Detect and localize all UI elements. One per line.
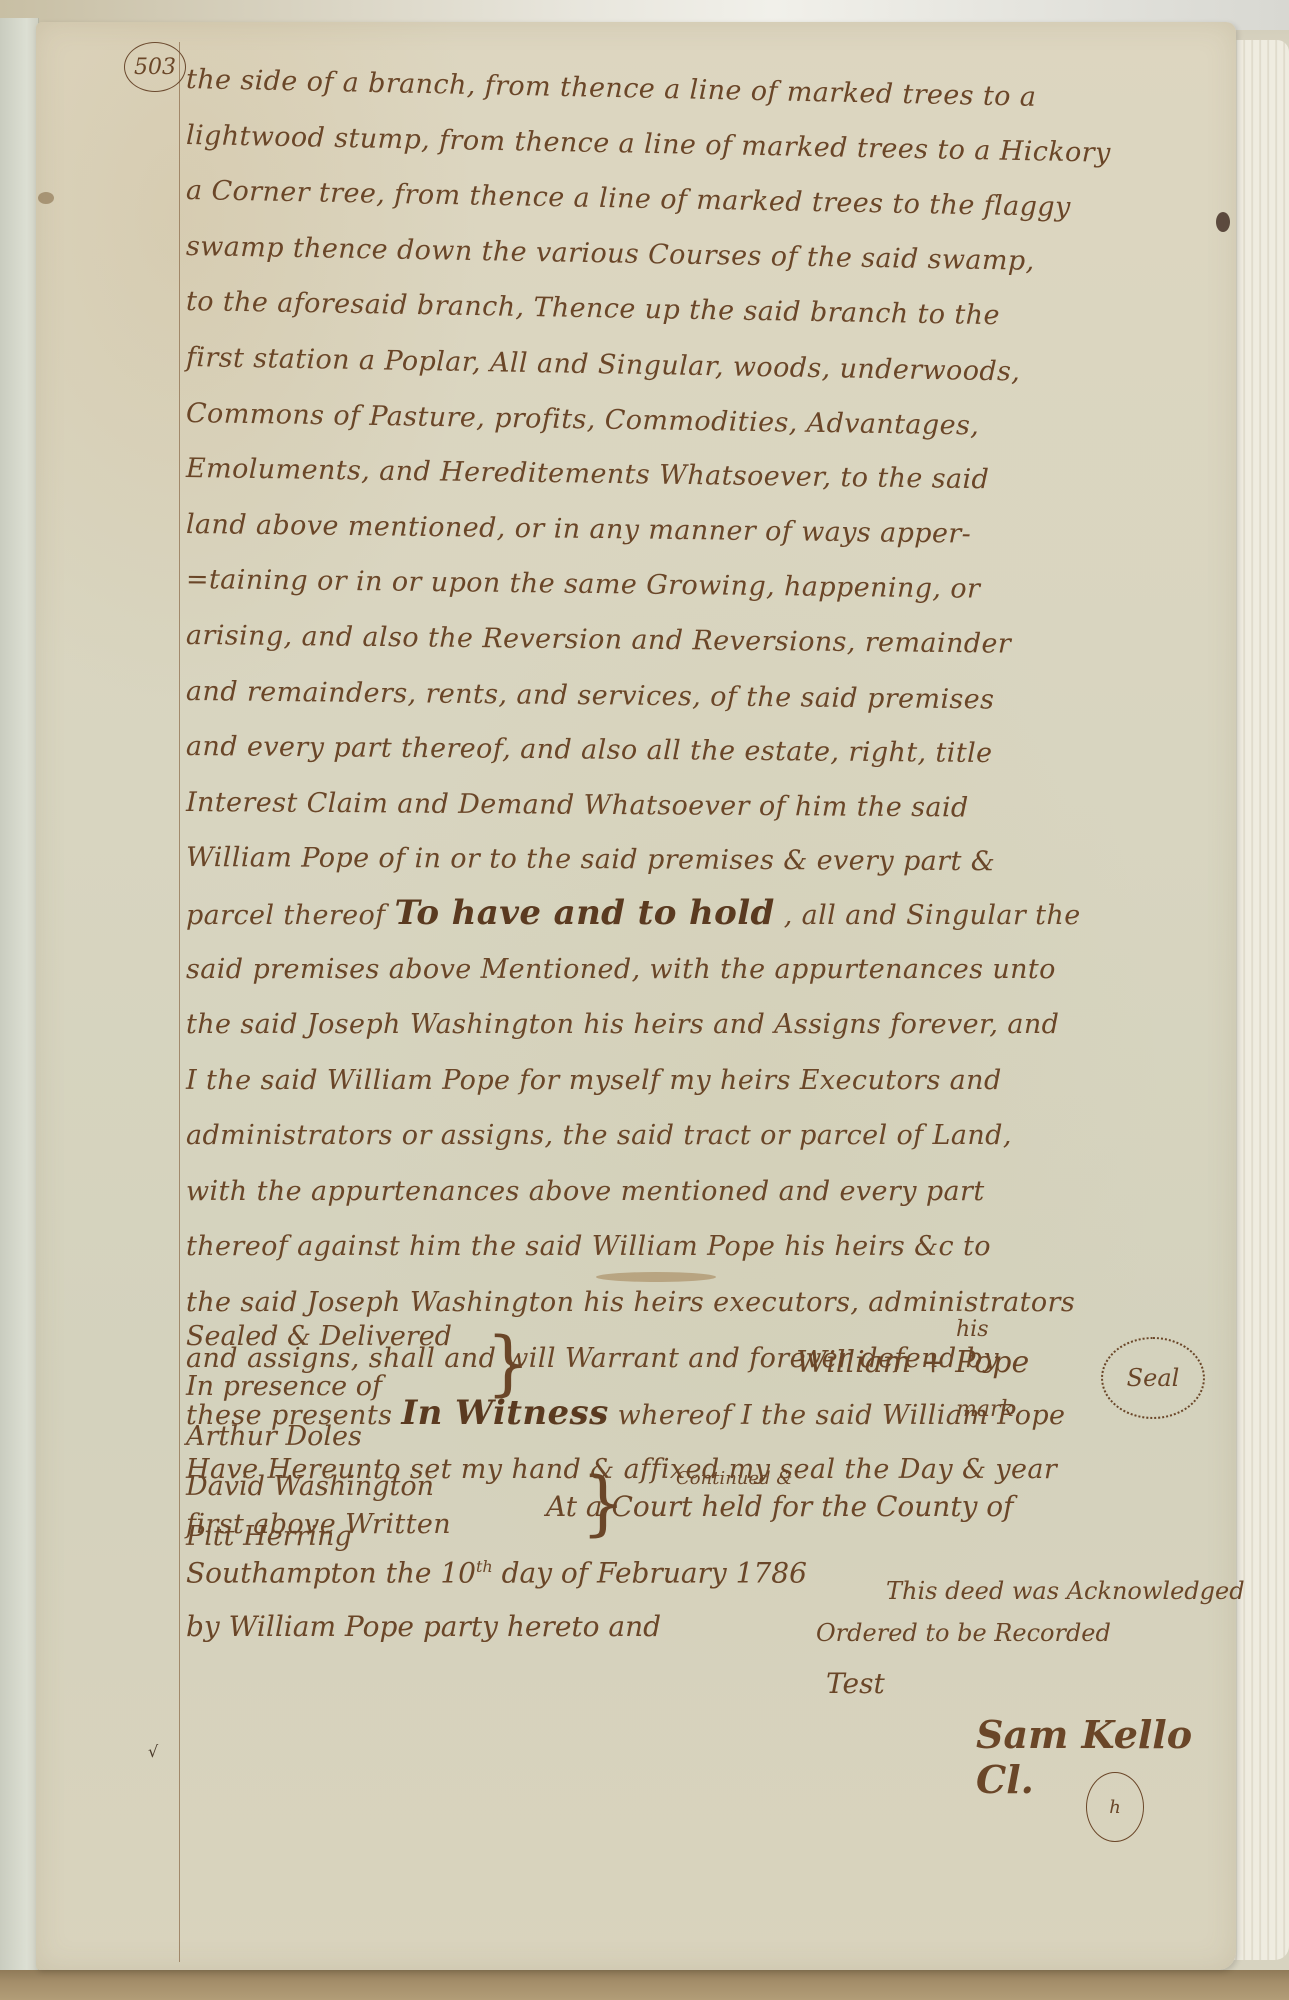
in-presence-label: In presence of [186, 1362, 646, 1412]
test-label: Test [826, 1667, 885, 1700]
signature-name: William + Pope [796, 1345, 1029, 1380]
acknowledgement: This deed was Acknowledged Ordered to be… [816, 1570, 1256, 1654]
deed-line: administrators or assigns, the said trac… [186, 1108, 1256, 1164]
brace-icon: } [486, 1322, 531, 1404]
habendum-line: parcel thereof To have and to hold , all… [186, 886, 1256, 942]
margin-check-mark: √ [148, 1742, 158, 1761]
table-surface [0, 1970, 1289, 2000]
ordinal-suffix: th [476, 1557, 493, 1576]
court-line-text: Southampton the 10 [186, 1556, 476, 1589]
deed-line: with the appurtenances above mentioned a… [186, 1164, 1256, 1220]
habendum-heading: To have and to hold [395, 893, 775, 933]
deed-line: the said Joseph Washington his heirs and… [186, 997, 1256, 1053]
deed-line: and every part thereof, and also all the… [186, 719, 1256, 784]
clerk-flourish-icon: h [1086, 1772, 1144, 1842]
ledger-page: 503 the side of a branch, from thence a … [36, 22, 1236, 1970]
habendum-tail: , all and Singular the [784, 900, 1081, 931]
folio-number: 503 [124, 42, 186, 92]
margin-rule [179, 42, 180, 1962]
ack-line: This deed was Acknowledged [816, 1570, 1256, 1612]
signature-mark: mark [956, 1397, 1014, 1422]
deed-line: thereof against him the said William Pop… [186, 1219, 1256, 1275]
signature-his: his [956, 1317, 989, 1342]
court-line-text: day of February 1786 [493, 1556, 807, 1589]
seal-icon: Seal [1101, 1337, 1205, 1419]
foxing-spot [38, 192, 54, 204]
deed-line-text: parcel thereof [186, 900, 386, 931]
ack-line: Ordered to be Recorded [816, 1612, 1256, 1654]
court-line-1: Continued & At a Court held for the Coun… [186, 1477, 1266, 1537]
deed-line: William Pope of in or to the said premis… [186, 830, 1256, 891]
grantor-signature: his William + Pope mark Seal [796, 1317, 1216, 1437]
sealed-delivered-label: Sealed & Delivered [186, 1312, 646, 1362]
caret-insert: Continued & [676, 1449, 792, 1509]
deed-line: said premises above Mentioned, with the … [186, 942, 1256, 998]
facing-page-edge [0, 18, 39, 1973]
witness-name: Arthur Doles [186, 1412, 646, 1462]
deed-line: Interest Claim and Demand Whatsoever of … [186, 775, 1256, 838]
deed-line: I the said William Pope for myself my he… [186, 1053, 1256, 1109]
